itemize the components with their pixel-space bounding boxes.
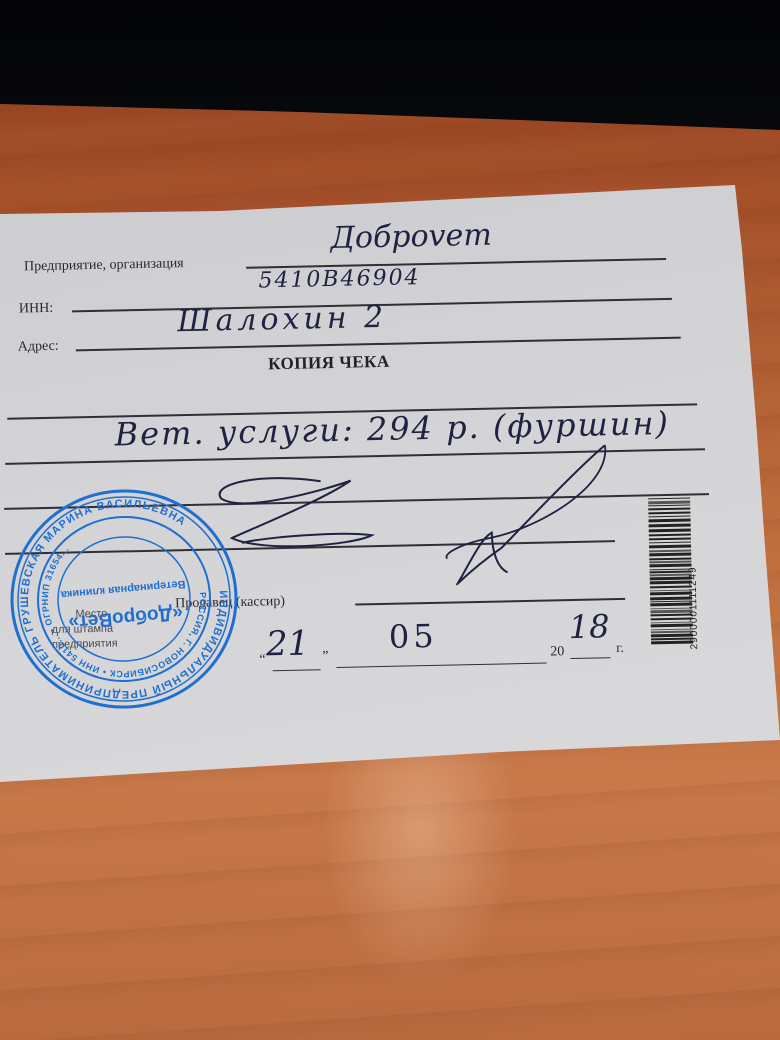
- date-year-prefix: 20: [550, 644, 564, 660]
- barcode: 2900001111249: [646, 493, 707, 654]
- address-label: Адрес:: [18, 339, 59, 356]
- date-month-rule: [337, 663, 547, 668]
- barcode-number: 2900001111249: [688, 566, 701, 649]
- stamp-subtitle: Ветеринарная клиника: [59, 578, 185, 601]
- date-year-rule: [570, 657, 610, 659]
- inn-value: 5410В46904: [258, 265, 421, 293]
- company-stamp: ИНДИВИДУАЛЬНЫЙ ПРЕДПРИНИМАТЕЛЬ ГРУШЕВСКА…: [8, 486, 240, 712]
- date-year-unit: г.: [616, 641, 624, 657]
- stamp-brand: «ДоброВет»: [68, 602, 184, 633]
- date-close-quote: ”: [322, 649, 329, 665]
- date-open-quote: “: [259, 652, 266, 668]
- inn-label: ИНН:: [19, 301, 54, 318]
- organization-value: Доброvет: [330, 218, 492, 256]
- address-rule: [76, 337, 681, 351]
- date-month: 05: [389, 617, 439, 656]
- address-value: Шалохин 2: [177, 300, 388, 339]
- date-day-rule: [273, 669, 321, 671]
- date-day: 21: [266, 624, 310, 665]
- signature: [200, 435, 623, 604]
- receipt-title: КОПИЯ ЧЕКА: [268, 352, 390, 375]
- date-year-suffix: 18: [568, 607, 610, 646]
- organization-label: Предприятие, организация: [24, 256, 184, 275]
